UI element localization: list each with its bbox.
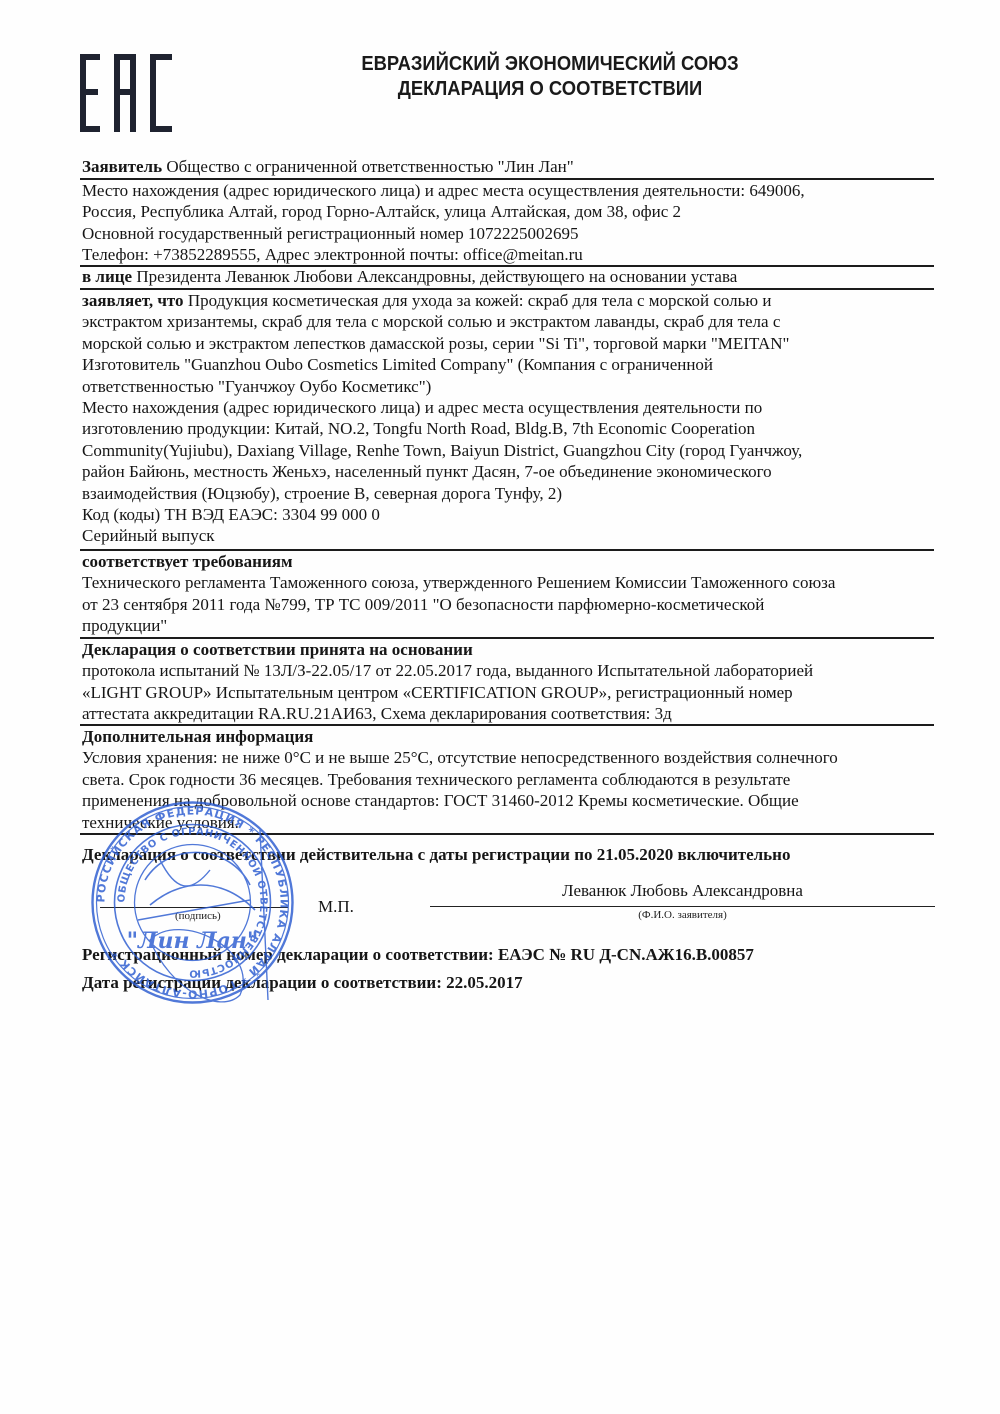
represented-label: в лице (82, 267, 132, 286)
divider (80, 833, 934, 835)
validity-text: Декларация о соответствии действительна … (82, 844, 934, 865)
seal-label-text: М.П. (318, 896, 378, 917)
manufacturer-address-line: Место нахождения (адрес юридического лиц… (82, 397, 934, 418)
manufacturer-line: Изготовитель "Guanzhou Oubo Cosmetics Li… (82, 354, 934, 375)
header-declaration-title: ДЕКЛАРАЦИЯ О СООТВЕТСТВИИ (320, 77, 780, 102)
manufacturer-address-line: район Байюнь, местность Женьхэ, населенн… (82, 461, 934, 482)
applicant-address: Место нахождения (адрес юридического лиц… (82, 180, 934, 266)
standards-line: применения на добровольной основе станда… (82, 790, 934, 811)
registration-number-label: Регистрационный номер декларации о соотв… (82, 945, 494, 964)
serial-production-line: Серийный выпуск (82, 525, 934, 546)
standards-line: технические условия. (82, 812, 934, 833)
manufacturer-address-line: взаимодействия (Юцзюбу), строение В, сев… (82, 483, 934, 504)
product-line: экстрактом хризантемы, скраб для тела с … (82, 311, 934, 332)
registration-number-value: ЕАЭС № RU Д-CN.АЖ16.В.00857 (494, 945, 754, 964)
validity-statement: Декларация о соответствии действительна … (82, 844, 934, 865)
declaration-page: ЕВРАЗИЙСКИЙ ЭКОНОМИЧЕСКИЙ СОЮЗ ДЕКЛАРАЦИ… (0, 0, 1000, 1414)
manufacturer-address-line: Community(Yujiubu), Daxiang Village, Ren… (82, 440, 934, 461)
address-line: Место нахождения (адрес юридического лиц… (82, 180, 934, 201)
additional-section: Дополнительная информация Условия хранен… (82, 726, 934, 833)
header-union-title: ЕВРАЗИЙСКИЙ ЭКОНОМИЧЕСКИЙ СОЮЗ (320, 52, 780, 77)
contact-line: Телефон: +73852289555, Адрес электронной… (82, 244, 934, 265)
registration-date: Дата регистрации декларации о соответств… (82, 972, 934, 993)
tn-ved-code-line: Код (коды) ТН ВЭД ЕАЭС: 3304 99 000 0 (82, 504, 934, 525)
represented-value: Президента Леванюк Любови Александровны,… (132, 267, 737, 286)
signer-caption: (Ф.И.О. заявителя) (430, 909, 935, 921)
basis-section: Декларация о соответствии принята на осн… (82, 639, 934, 725)
applicant-value: Общество с ограниченной ответственностью… (162, 157, 574, 176)
test-protocol-line: «LIGHT GROUP» Испытательным центром «CER… (82, 682, 934, 703)
shelf-life-line: света. Срок годности 36 месяцев. Требова… (82, 769, 934, 790)
document-header: ЕВРАЗИЙСКИЙ ЭКОНОМИЧЕСКИЙ СОЮЗ ДЕКЛАРАЦИ… (320, 52, 780, 102)
applicant-label: Заявитель (82, 157, 162, 176)
registration-number: Регистрационный номер декларации о соотв… (82, 944, 934, 965)
declares-first-line: Продукция косметическая для ухода за кож… (184, 291, 772, 310)
signature-line (100, 907, 288, 908)
declares-label: заявляет, что (82, 291, 184, 310)
regulation-line: Технического регламента Таможенного союз… (82, 572, 934, 593)
test-protocol-line: протокола испытаний № 13Л/З-22.05/17 от … (82, 660, 934, 681)
signer-name-text: Леванюк Любовь Александровна (430, 880, 935, 901)
signature-caption: (подпись) (175, 910, 221, 922)
regulation-line: продукции" (82, 615, 934, 636)
complies-label: соответствует требованиям (82, 551, 934, 572)
regulation-line: от 23 сентября 2011 года №799, ТР ТС 009… (82, 594, 934, 615)
signer-name: Леванюк Любовь Александровна (430, 880, 935, 901)
applicant-section: Заявитель Общество с ограниченной ответс… (82, 156, 934, 177)
additional-label: Дополнительная информация (82, 726, 934, 747)
declares-section: заявляет, что Продукция косметическая дл… (82, 290, 934, 547)
ogrn-line: Основной государственный регистрационный… (82, 223, 934, 244)
registration-date-label: Дата регистрации декларации о соответств… (82, 973, 442, 992)
registration-date-value: 22.05.2017 (442, 973, 523, 992)
address-line: Россия, Республика Алтай, город Горно-Ал… (82, 201, 934, 222)
manufacturer-address-line: изготовлению продукции: Китай, NO.2, Ton… (82, 418, 934, 439)
signer-line (430, 906, 935, 907)
accreditation-line: аттестата аккредитации RA.RU.21АИ63, Схе… (82, 703, 934, 724)
represented-section: в лице Президента Леванюк Любови Алексан… (82, 266, 934, 287)
basis-label: Декларация о соответствии принята на осн… (82, 639, 934, 660)
seal-label: М.П. (318, 896, 378, 917)
storage-line: Условия хранения: не ниже 0°С и не выше … (82, 747, 934, 768)
manufacturer-line: ответственностью "Гуанчжоу Оубо Косметик… (82, 376, 934, 397)
eac-mark-icon (78, 52, 174, 134)
complies-section: соответствует требованиям Технического р… (82, 551, 934, 637)
product-line: морской солью и экстрактом лепестков дам… (82, 333, 934, 354)
